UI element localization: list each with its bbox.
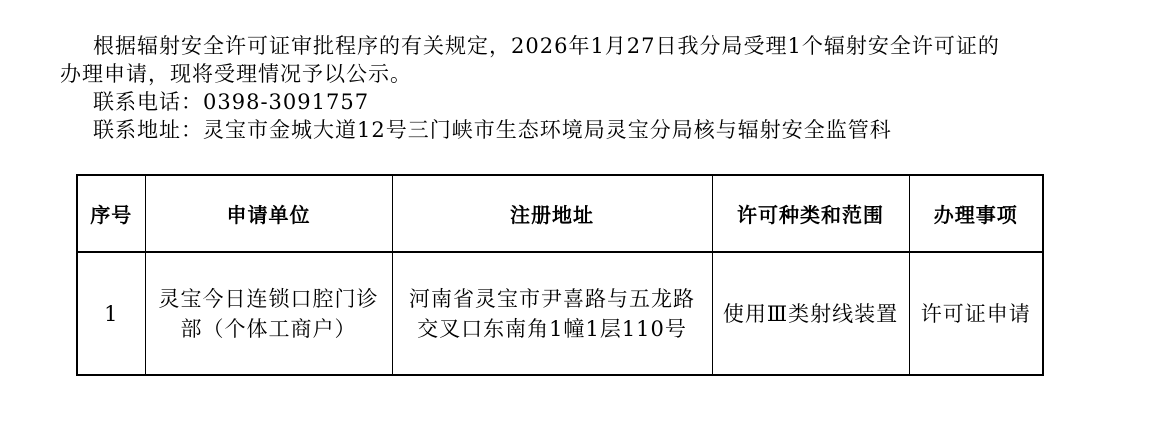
cell-license-scope: 使用Ⅲ类射线装置 [712, 252, 909, 375]
notice-text-block: 根据辐射安全许可证审批程序的有关规定，2026年1月27日我分局受理1个辐射安全… [60, 32, 1050, 144]
table-row: 1 灵宝今日连锁口腔门诊 部（个体工商户） 河南省灵宝市尹喜路与五龙路 交叉口东… [77, 252, 1043, 375]
cell-registered-address: 河南省灵宝市尹喜路与五龙路 交叉口东南角1幢1层110号 [392, 252, 712, 375]
cell-applicant-line-1: 灵宝今日连锁口腔门诊 [148, 284, 390, 314]
cell-applicant-line-2: 部（个体工商户） [148, 314, 390, 344]
contact-address-value: 灵宝市金城大道12号三门峡市生态环境局灵宝分局核与辐射安全监管科 [203, 118, 892, 142]
header-cell-index: 序号 [77, 175, 145, 252]
acceptance-table: 序号 申请单位 注册地址 许可种类和范围 办理事项 1 灵宝今日连锁口腔门诊 部… [76, 174, 1044, 376]
cell-matter: 许可证申请 [909, 252, 1043, 375]
header-cell-registered-address: 注册地址 [392, 175, 712, 252]
contact-address-line: 联系地址：灵宝市金城大道12号三门峡市生态环境局灵宝分局核与辐射安全监管科 [60, 116, 1050, 144]
contact-phone-value: 0398-3091757 [203, 90, 369, 114]
contact-phone-label: 联系电话： [93, 90, 203, 114]
table-header-row: 序号 申请单位 注册地址 许可种类和范围 办理事项 [77, 175, 1043, 252]
cell-applicant: 灵宝今日连锁口腔门诊 部（个体工商户） [145, 252, 392, 375]
header-cell-matter: 办理事项 [909, 175, 1043, 252]
notice-paragraph-line-1: 根据辐射安全许可证审批程序的有关规定，2026年1月27日我分局受理1个辐射安全… [60, 32, 1050, 60]
cell-index: 1 [77, 252, 145, 375]
notice-paragraph-line-2: 办理申请，现将受理情况予以公示。 [60, 60, 1050, 88]
cell-registered-address-line-2: 交叉口东南角1幢1层110号 [395, 314, 710, 344]
header-cell-applicant: 申请单位 [145, 175, 392, 252]
contact-phone-line: 联系电话：0398-3091757 [60, 88, 1050, 116]
contact-address-label: 联系地址： [93, 118, 203, 142]
cell-registered-address-line-1: 河南省灵宝市尹喜路与五龙路 [395, 284, 710, 314]
header-cell-license-scope: 许可种类和范围 [712, 175, 909, 252]
